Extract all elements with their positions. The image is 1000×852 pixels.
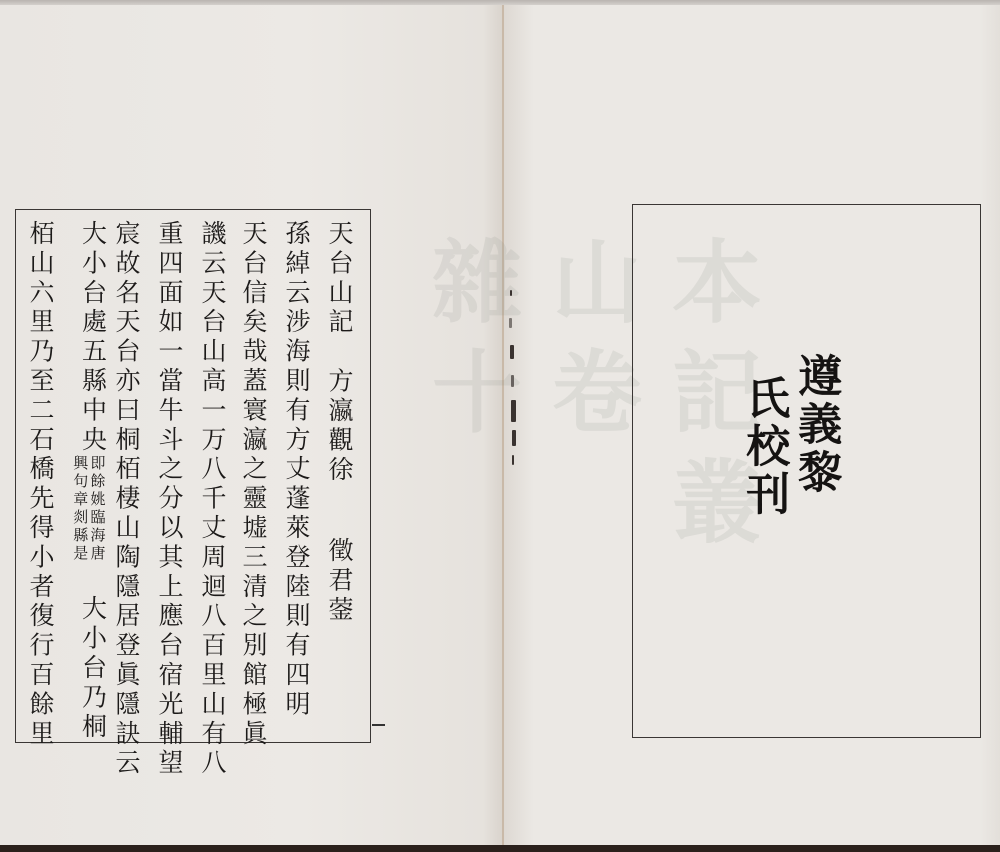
text-column-annotated: 大小台處五縣中央即餘姚臨海唐興句章剡縣是大小台乃桐 xyxy=(71,220,106,742)
fold-mark xyxy=(372,724,385,726)
note-line-right: 即餘姚臨海唐 xyxy=(88,455,105,595)
text-column-title: 天台山記方瀛觀徐徵君蓥 xyxy=(327,220,352,625)
text-after-note: 大小台乃桐 xyxy=(79,595,108,742)
author-name: 方瀛觀徐 xyxy=(325,368,354,486)
text-column: 孫綽云涉海則有方丈蓬萊登陸則有四明 xyxy=(284,220,309,720)
bleed-through-text: 山卷 xyxy=(544,235,634,455)
note-line-left: 興句章剡縣是 xyxy=(71,455,88,595)
text-column: 宸故名天台亦曰桐栢棲山陶隱居登眞隱訣云 xyxy=(114,220,139,779)
text-column: 譏云天台山高一万八千丈周迴八百里山有八 xyxy=(200,220,225,779)
author-title: 徵君蓥 xyxy=(325,537,354,625)
text-column: 天台信矣哉蓋寰瀛之靈墟三清之別館極眞 xyxy=(241,220,266,749)
left-text-frame: 天台山記方瀛觀徐徵君蓥 孫綽云涉海則有方丈蓬萊登陸則有四明 天台信矣哉蓋寰瀛之靈… xyxy=(15,209,371,743)
text-before-note: 大小台處五縣中央 xyxy=(79,220,108,455)
interlinear-note: 即餘姚臨海唐興句章剡縣是 xyxy=(71,455,106,595)
right-title-frame xyxy=(632,204,981,738)
bleed-through-text: 雜十 xyxy=(424,235,514,455)
text-column: 重四面如一當牛斗之分以其上應台宿光輔望 xyxy=(157,220,182,779)
chapter-title: 天台山記 xyxy=(325,220,354,338)
spine-ink-marks xyxy=(509,290,517,470)
book-bottom-edge xyxy=(0,845,1000,852)
text-column: 栢山六里乃至二石橋先得小者復行百餘里 xyxy=(28,220,53,749)
